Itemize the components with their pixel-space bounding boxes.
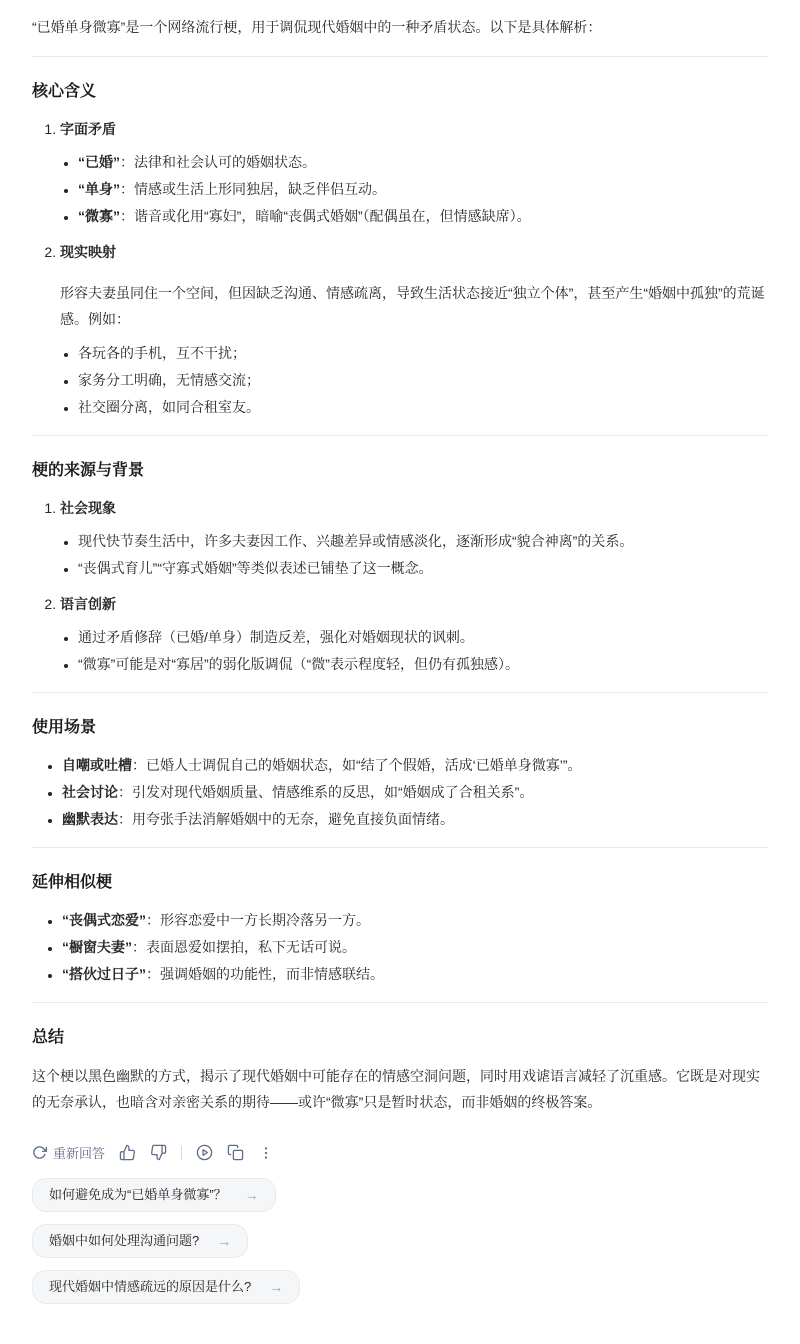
section-similar-memes: 延伸相似梗 “丧偶式恋爱”：形容恋爱中一方长期冷落另一方。 “橱窗夫妻”：表面恩…	[32, 872, 768, 986]
more-icon	[258, 1145, 274, 1161]
bullet-text: ：形容恋爱中一方长期冷落另一方。	[146, 912, 370, 928]
bullet-term: “微寡”	[78, 208, 120, 224]
bullet-item: “丧偶式恋爱”：形容恋爱中一方长期冷落另一方。	[62, 908, 768, 932]
more-button[interactable]	[258, 1145, 274, 1161]
section-divider	[32, 1002, 768, 1003]
copy-icon	[227, 1144, 244, 1161]
refresh-icon	[32, 1145, 47, 1160]
bullet-text: ：强调婚姻的功能性，而非情感联结。	[146, 966, 384, 982]
numbered-item-label: 社会现象	[60, 500, 116, 516]
suggestion-text: 如何避免成为“已婚单身微寡”？	[49, 1178, 227, 1212]
arrow-right-icon: →	[245, 1188, 259, 1202]
section-divider	[32, 692, 768, 693]
read-aloud-button[interactable]	[196, 1144, 213, 1161]
bullet-list: 现代快节奏生活中，许多夫妻因工作、兴趣差异或情感淡化，逐渐形成“貌合神离”的关系…	[60, 529, 768, 580]
bullet-term: “单身”	[78, 181, 120, 197]
bullet-text: ：谐音或化用“寡妇”，暗喻“丧偶式婚姻”（配偶虽在，但情感缺席）。	[120, 208, 531, 224]
bullet-text: ：已婚人士调侃自己的婚姻状态，如“结了个假婚，活成‘已婚单身微寡’”。	[132, 757, 582, 773]
suggestion-chip[interactable]: 现代婚姻中情感疏远的原因是什么? →	[32, 1270, 300, 1304]
bullet-item: “微寡”可能是对“寡居”的弱化版调侃（“微”表示程度轻，但仍有孤独感）。	[78, 652, 768, 676]
bullet-item: “单身”：情感或生活上形同独居，缺乏伴侣互动。	[78, 177, 768, 201]
numbered-item: 现实映射 形容夫妻虽同住一个空间，但因缺乏沟通、情感疏离，导致生活状态接近“独立…	[60, 240, 768, 419]
section-title: 延伸相似梗	[32, 872, 768, 894]
bullet-item: 家务分工明确，无情感交流；	[78, 368, 768, 392]
bullet-text: ：情感或生活上形同独居，缺乏伴侣互动。	[120, 181, 386, 197]
bullet-term: 社会讨论	[62, 784, 118, 800]
bullet-item: 社交圈分离，如同合租室友。	[78, 395, 768, 419]
numbered-item: 语言创新 通过矛盾修辞（已婚/单身）制造反差，强化对婚姻现状的讽刺。 “微寡”可…	[60, 592, 768, 676]
bullet-list: 通过矛盾修辞（已婚/单身）制造反差，强化对婚姻现状的讽刺。 “微寡”可能是对“寡…	[60, 625, 768, 676]
bullet-item: 现代快节奏生活中，许多夫妻因工作、兴趣差异或情感淡化，逐渐形成“貌合神离”的关系…	[78, 529, 768, 553]
bullet-term: “橱窗夫妻”	[62, 939, 132, 955]
action-bar: 重新回答	[32, 1143, 768, 1162]
bullet-list: “已婚”：法律和社会认可的婚姻状态。 “单身”：情感或生活上形同独居，缺乏伴侣互…	[60, 150, 768, 228]
thumbs-down-button[interactable]	[150, 1144, 167, 1161]
section-origin: 梗的来源与背景 社会现象 现代快节奏生活中，许多夫妻因工作、兴趣差异或情感淡化，…	[32, 460, 768, 676]
bullet-item: 幽默表达：用夸张手法消解婚姻中的无奈，避免直接负面情绪。	[62, 807, 768, 831]
arrow-right-icon: →	[217, 1234, 231, 1248]
bullet-text: ：引发对现代婚姻质量、情感维系的反思，如“婚姻成了合租关系”。	[118, 784, 533, 800]
bullet-term: “搭伙过日子”	[62, 966, 146, 982]
numbered-list: 字面矛盾 “已婚”：法律和社会认可的婚姻状态。 “单身”：情感或生活上形同独居，…	[32, 117, 768, 419]
bullet-list: “丧偶式恋爱”：形容恋爱中一方长期冷落另一方。 “橱窗夫妻”：表面恩爱如摆拍，私…	[32, 908, 768, 986]
bullet-term: “已婚”	[78, 154, 120, 170]
numbered-item-label: 现实映射	[60, 244, 116, 260]
section-divider	[32, 56, 768, 57]
section-title: 梗的来源与背景	[32, 460, 768, 482]
numbered-item: 字面矛盾 “已婚”：法律和社会认可的婚姻状态。 “单身”：情感或生活上形同独居，…	[60, 117, 768, 228]
section-title: 核心含义	[32, 81, 768, 103]
bullet-list: 各玩各的手机，互不干扰； 家务分工明确，无情感交流； 社交圈分离，如同合租室友。	[60, 341, 768, 419]
section-usage: 使用场景 自嘲或吐槽：已婚人士调侃自己的婚姻状态，如“结了个假婚，活成‘已婚单身…	[32, 717, 768, 831]
regenerate-label: 重新回答	[53, 1143, 105, 1162]
bullet-list: 自嘲或吐槽：已婚人士调侃自己的婚姻状态，如“结了个假婚，活成‘已婚单身微寡’”。…	[32, 753, 768, 831]
suggestion-text: 现代婚姻中情感疏远的原因是什么?	[49, 1270, 251, 1304]
suggested-questions: 如何避免成为“已婚单身微寡”？ → 婚姻中如何处理沟通问题? → 现代婚姻中情感…	[32, 1178, 768, 1304]
bullet-text: ：法律和社会认可的婚姻状态。	[120, 154, 316, 170]
bullet-item: 社会讨论：引发对现代婚姻质量、情感维系的反思，如“婚姻成了合租关系”。	[62, 780, 768, 804]
thumbs-up-button[interactable]	[119, 1144, 136, 1161]
section-summary: 总结 这个梗以黑色幽默的方式，揭示了现代婚姻中可能存在的情感空洞问题，同时用戏谑…	[32, 1027, 768, 1115]
bullet-text: ：用夸张手法消解婚姻中的无奈，避免直接负面情绪。	[118, 811, 454, 827]
bullet-item: “丧偶式育儿”“守寡式婚姻”等类似表述已铺垫了这一概念。	[78, 556, 768, 580]
bullet-item: “已婚”：法律和社会认可的婚姻状态。	[78, 150, 768, 174]
section-core-meaning: 核心含义 字面矛盾 “已婚”：法律和社会认可的婚姻状态。 “单身”：情感或生活上…	[32, 81, 768, 419]
suggestion-chip[interactable]: 婚姻中如何处理沟通问题? →	[32, 1224, 248, 1258]
arrow-right-icon: →	[269, 1280, 283, 1294]
bullet-item: “搭伙过日子”：强调婚姻的功能性，而非情感联结。	[62, 962, 768, 986]
numbered-item-label: 字面矛盾	[60, 121, 116, 137]
bullet-term: 自嘲或吐槽	[62, 757, 132, 773]
bullet-item: 各玩各的手机，互不干扰；	[78, 341, 768, 365]
section-title: 总结	[32, 1027, 768, 1049]
suggestion-chip[interactable]: 如何避免成为“已婚单身微寡”？ →	[32, 1178, 276, 1212]
bullet-item: 自嘲或吐槽：已婚人士调侃自己的婚姻状态，如“结了个假婚，活成‘已婚单身微寡’”。	[62, 753, 768, 777]
thumbs-down-icon	[150, 1144, 167, 1161]
play-audio-icon	[196, 1144, 213, 1161]
inner-paragraph: 形容夫妻虽同住一个空间，但因缺乏沟通、情感疏离，导致生活状态接近“独立个体”，甚…	[60, 280, 768, 332]
bullet-text: ：表面恩爱如摆拍，私下无话可说。	[132, 939, 356, 955]
suggestion-text: 婚姻中如何处理沟通问题?	[49, 1224, 199, 1258]
bullet-term: 幽默表达	[62, 811, 118, 827]
bullet-item: 通过矛盾修辞（已婚/单身）制造反差，强化对婚姻现状的讽刺。	[78, 625, 768, 649]
chat-answer-page: “已婚单身微寡”是一个网络流行梗，用于调侃现代婚姻中的一种矛盾状态。以下是具体解…	[0, 0, 800, 1344]
section-divider	[32, 847, 768, 848]
bullet-item: “微寡”：谐音或化用“寡妇”，暗喻“丧偶式婚姻”（配偶虽在，但情感缺席）。	[78, 204, 768, 228]
bullet-item: “橱窗夫妻”：表面恩爱如摆拍，私下无话可说。	[62, 935, 768, 959]
regenerate-button[interactable]: 重新回答	[32, 1143, 105, 1162]
section-title: 使用场景	[32, 717, 768, 739]
summary-paragraph: 这个梗以黑色幽默的方式，揭示了现代婚姻中可能存在的情感空洞问题，同时用戏谑语言减…	[32, 1063, 768, 1115]
bullet-term: “丧偶式恋爱”	[62, 912, 146, 928]
numbered-list: 社会现象 现代快节奏生活中，许多夫妻因工作、兴趣差异或情感淡化，逐渐形成“貌合神…	[32, 496, 768, 676]
section-divider	[32, 435, 768, 436]
thumbs-up-icon	[119, 1144, 136, 1161]
intro-paragraph: “已婚单身微寡”是一个网络流行梗，用于调侃现代婚姻中的一种矛盾状态。以下是具体解…	[32, 14, 768, 40]
numbered-item: 社会现象 现代快节奏生活中，许多夫妻因工作、兴趣差异或情感淡化，逐渐形成“貌合神…	[60, 496, 768, 580]
action-bar-divider	[181, 1146, 182, 1160]
copy-button[interactable]	[227, 1144, 244, 1161]
numbered-item-label: 语言创新	[60, 596, 116, 612]
